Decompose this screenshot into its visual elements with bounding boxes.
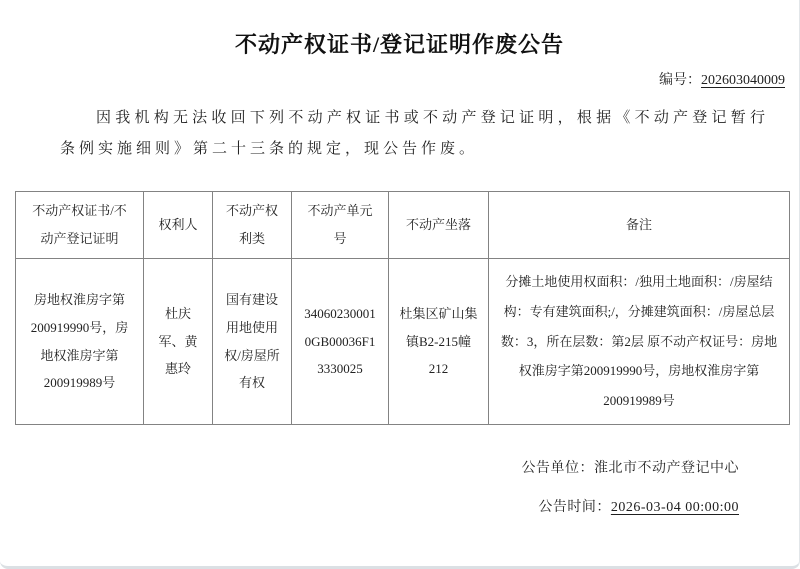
announcement-body: 因我机构无法收回下列不动产权证书或不动产登记证明，根据《不动产登记暂行条例实施细… xyxy=(0,103,799,165)
col-header-location: 不动产坐落 xyxy=(389,192,489,259)
announce-unit-label: 公告单位： xyxy=(522,461,595,476)
page-title: 不动产权证书/登记证明作废公告 xyxy=(0,28,799,59)
col-header-remark: 备注 xyxy=(489,192,790,259)
doc-number-label: 编号： xyxy=(659,73,701,88)
cell-location: 杜集区矿山集镇B2-215幢212 xyxy=(389,259,489,425)
footer: 公告单位：淮北市不动产登记中心 公告时间：2026-03-04 00:00:00 xyxy=(0,457,799,516)
cell-right-type: 国有建设用地使用权/房屋所有权 xyxy=(213,259,292,425)
cell-holder: 杜庆军、黄惠玲 xyxy=(144,259,213,425)
col-header-holder: 权利人 xyxy=(144,192,213,259)
table-row: 房地权淮房字第200919990号，房地权淮房字第200919989号 杜庆军、… xyxy=(16,259,790,425)
cell-unit-no: 340602300010GB00036F13330025 xyxy=(292,259,389,425)
announce-unit-line: 公告单位：淮北市不动产登记中心 xyxy=(0,457,739,477)
table-body: 房地权淮房字第200919990号，房地权淮房字第200919989号 杜庆军、… xyxy=(16,259,790,425)
announcement-page: 不动产权证书/登记证明作废公告 编号：202603040009 因我机构无法收回… xyxy=(0,0,800,569)
announce-time-value: 2026-03-04 00:00:00 xyxy=(611,500,739,515)
announce-time-line: 公告时间：2026-03-04 00:00:00 xyxy=(0,496,739,516)
col-header-right-type: 不动产权利类 xyxy=(213,192,292,259)
table-header-row: 不动产权证书/不动产登记证明 权利人 不动产权利类 不动产单元号 不动产坐落 备… xyxy=(16,192,790,259)
announce-time-label: 公告时间： xyxy=(538,500,611,515)
table-header: 不动产权证书/不动产登记证明 权利人 不动产权利类 不动产单元号 不动产坐落 备… xyxy=(16,192,790,259)
col-header-certificate: 不动产权证书/不动产登记证明 xyxy=(16,192,144,259)
cell-certificate: 房地权淮房字第200919990号，房地权淮房字第200919989号 xyxy=(16,259,144,425)
announce-unit-value: 淮北市不动产登记中心 xyxy=(594,461,739,476)
cell-remark: 分摊土地使用权面积：/独用土地面积：/房屋结构：专有建筑面积;/，分摊建筑面积：… xyxy=(489,259,790,425)
doc-number-line: 编号：202603040009 xyxy=(0,69,799,89)
col-header-unit-no: 不动产单元号 xyxy=(292,192,389,259)
doc-number-value: 202603040009 xyxy=(701,73,785,88)
certificates-table: 不动产权证书/不动产登记证明 权利人 不动产权利类 不动产单元号 不动产坐落 备… xyxy=(15,191,790,425)
